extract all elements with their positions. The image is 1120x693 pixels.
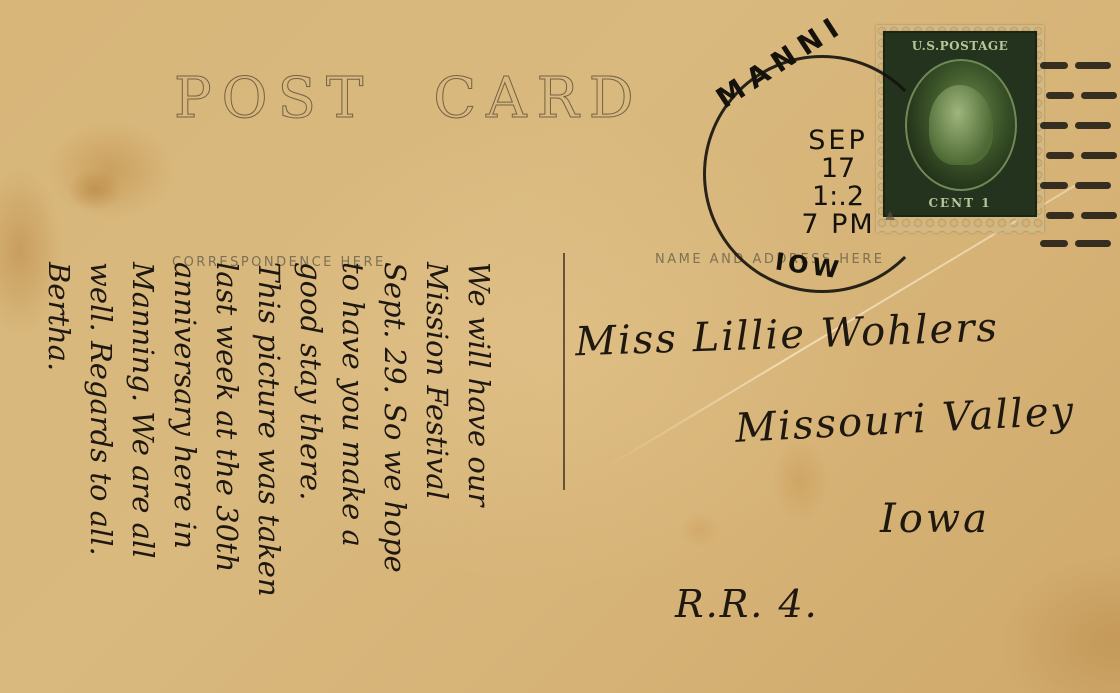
message-line: good stay there.: [290, 262, 332, 692]
postmark-time: 7 PM: [788, 211, 888, 238]
message-line: Bertha.: [38, 262, 80, 692]
cancel-bar: [1046, 152, 1074, 159]
postmark-day: 17: [788, 155, 888, 182]
cancel-bar: [1081, 92, 1117, 99]
postmark-month: SEP: [788, 127, 888, 154]
cancel-bar: [1046, 212, 1074, 219]
postcard-title: POSTCARD: [174, 66, 644, 131]
stamp-top-text: U.S.POSTAGE: [885, 39, 1035, 53]
handwritten-message: We will have ourMission FestivalSept. 29…: [60, 262, 500, 692]
message-line: anniversary here in: [164, 262, 206, 692]
address-recipient: Miss Lillie Wohlers: [574, 305, 999, 366]
address-city: Missouri Valley: [734, 388, 1076, 452]
title-post: POST: [174, 66, 373, 131]
message-line: to have you make a: [332, 262, 374, 692]
cancel-bar: [1081, 152, 1117, 159]
cancel-bar: [1075, 122, 1111, 129]
address-route: R.R. 4.: [675, 582, 819, 626]
cancel-bar: [1046, 92, 1074, 99]
message-line: well. Regards to all.: [80, 262, 122, 692]
message-line: This picture was taken: [248, 262, 290, 692]
cancel-bar: [1040, 62, 1068, 69]
title-card: CARD: [433, 66, 643, 131]
divider-line: [563, 253, 565, 490]
message-line: Sept. 29. So we hope: [374, 262, 416, 692]
message-line: Mission Festival: [416, 262, 458, 692]
message-line: last week at the 30th: [206, 262, 248, 692]
message-text: We will have ourMission FestivalSept. 29…: [60, 262, 500, 692]
cancel-bar: [1040, 182, 1068, 189]
cancel-bar: [1040, 240, 1068, 247]
address-state: Iowa: [880, 496, 990, 542]
cancel-bar: [1081, 212, 1117, 219]
cancel-bar: [1040, 122, 1068, 129]
cancel-bar: [1075, 182, 1111, 189]
postmark-year: 1:.2: [788, 183, 888, 210]
triangle-icon: [885, 211, 895, 220]
cancel-bar: [1075, 62, 1111, 69]
message-line: We will have our: [458, 262, 500, 692]
message-line: Manning. We are all: [122, 262, 164, 692]
postcard-back: POSTCARD CORRESPONDENCE HERE NAME AND AD…: [0, 0, 1120, 693]
cancel-bar: [1075, 240, 1111, 247]
